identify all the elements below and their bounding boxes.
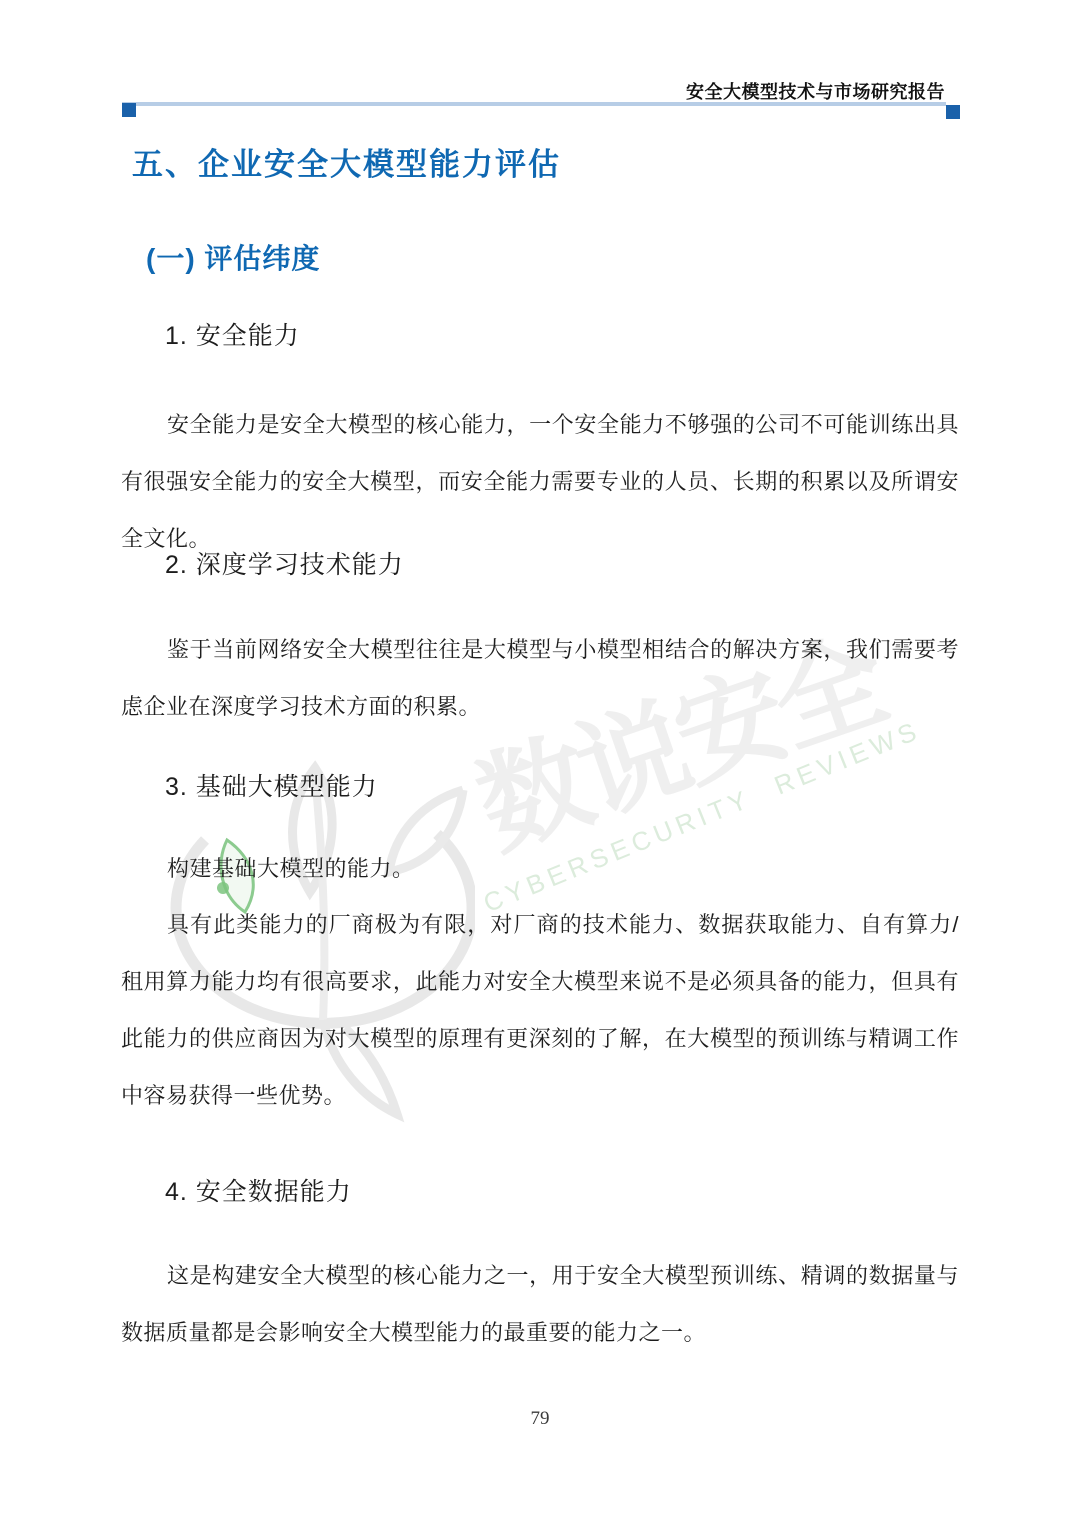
section-heading: (一) 评估纬度 [146,241,320,276]
body-paragraph: 具有此类能力的厂商极为有限，对厂商的技术能力、数据获取能力、自有算力/租用算力能… [121,896,959,1124]
body-paragraph: 安全能力是安全大模型的核心能力，一个安全能力不够强的公司不可能训练出具有很强安全… [121,396,959,567]
body-paragraph: 这是构建安全大模型的核心能力之一，用于安全大模型预训练、精调的数据量与数据质量都… [121,1247,959,1361]
header-rule-line [122,102,946,106]
subsection-heading-1: 1. 安全能力 [165,321,300,351]
subsection-heading-4: 4. 安全数据能力 [165,1177,352,1207]
header-rule-square-left [122,103,136,117]
report-header-title: 安全大模型技术与市场研究报告 [686,78,945,104]
subsection-heading-3: 3. 基础大模型能力 [165,772,378,802]
body-paragraph: 构建基础大模型的能力。 [121,840,959,897]
chapter-heading: 五、企业安全大模型能力评估 [132,146,561,185]
page-number: 79 [0,1408,1080,1430]
report-page: 数说安全 CYBERSECURITY REVIEWS 安全大模型技术与市场研究报… [0,0,1080,1527]
page-content: 安全大模型技术与市场研究报告 五、企业安全大模型能力评估 (一) 评估纬度 1.… [0,0,1080,1527]
body-paragraph: 鉴于当前网络安全大模型往往是大模型与小模型相结合的解决方案，我们需要考虑企业在深… [121,621,959,735]
header-rule-square-right [946,105,960,119]
subsection-heading-2: 2. 深度学习技术能力 [165,550,404,580]
